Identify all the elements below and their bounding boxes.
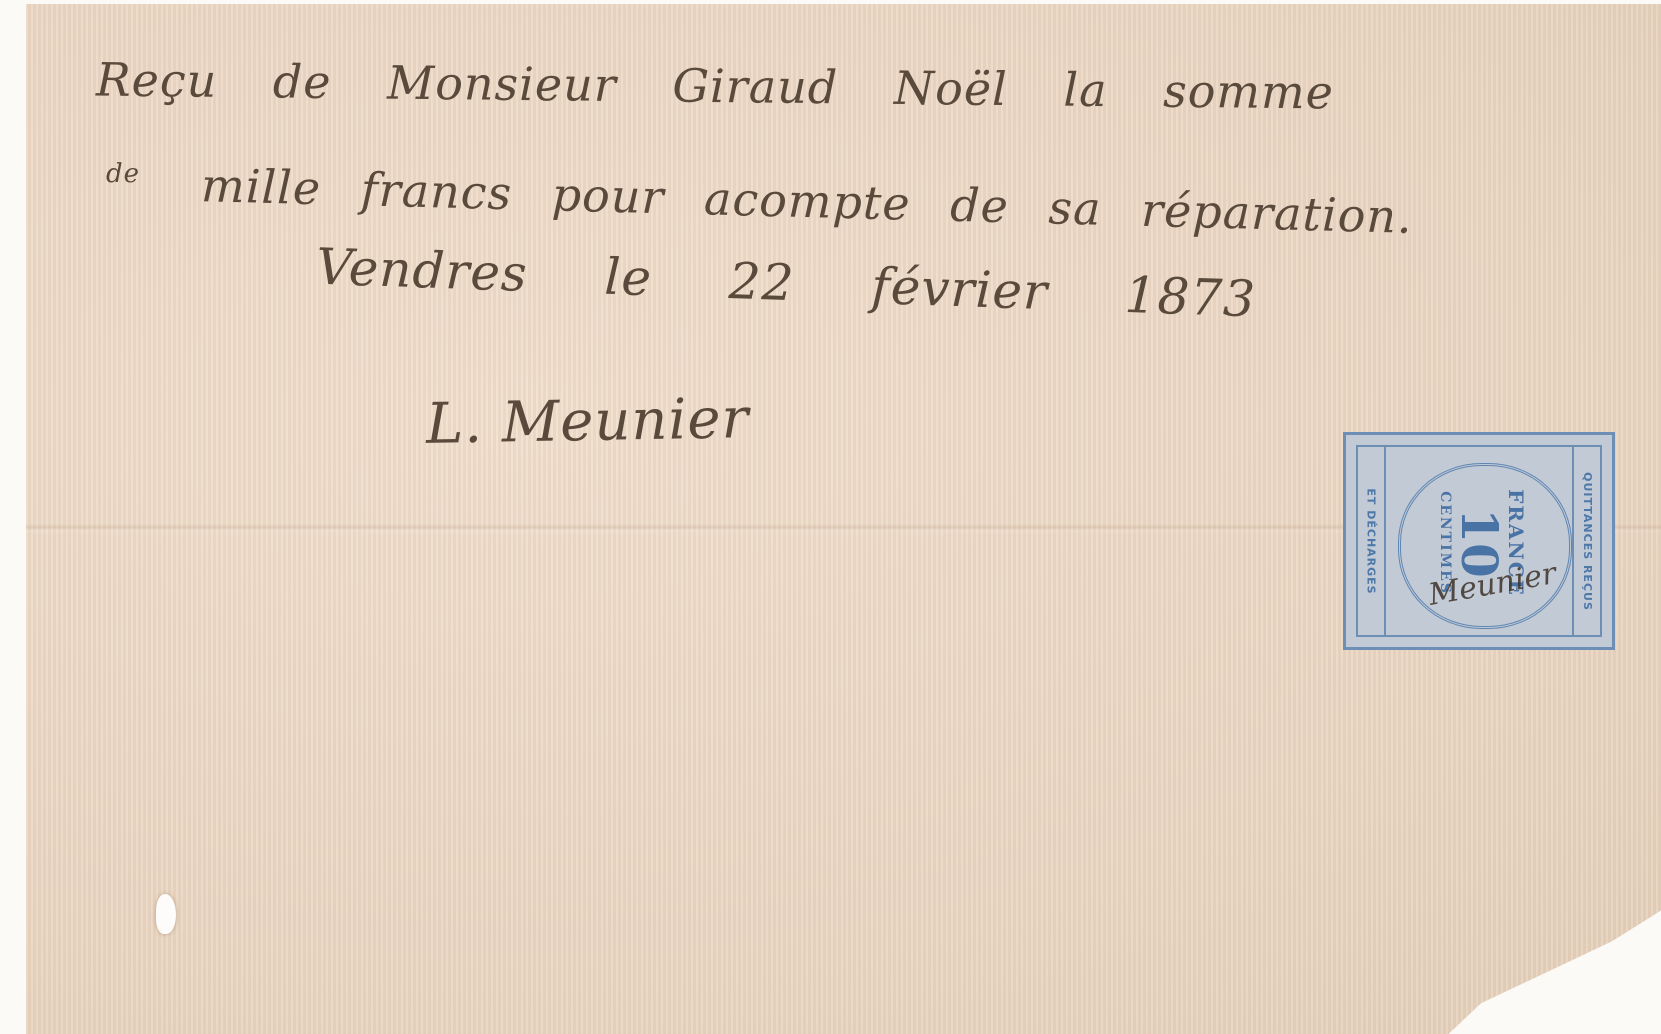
revenue-stamp: ET DÉCHARGES QUITTANCES REÇUS FRANCE 10 … (1343, 432, 1615, 650)
stamp-frame: ET DÉCHARGES QUITTANCES REÇUS FRANCE 10 … (1356, 445, 1602, 637)
receipt-place-date: Vendres le 22 février 1873 (315, 238, 1257, 329)
stamp-right-label: QUITTANCES REÇUS (1572, 447, 1600, 635)
receipt-line-2: mille francs pour acompte de sa réparati… (201, 158, 1414, 244)
signature: L. Meunier (425, 386, 749, 457)
receipt-line-1: Reçu de Monsieur Giraud Noël la somme (96, 53, 1334, 120)
receipt-line-2-prefix: de (106, 159, 140, 189)
paper-tear-hole (156, 894, 176, 934)
stamp-left-label: ET DÉCHARGES (1358, 447, 1386, 635)
receipt-paper: Reçu de Monsieur Giraud Noël la somme de… (26, 4, 1661, 1034)
